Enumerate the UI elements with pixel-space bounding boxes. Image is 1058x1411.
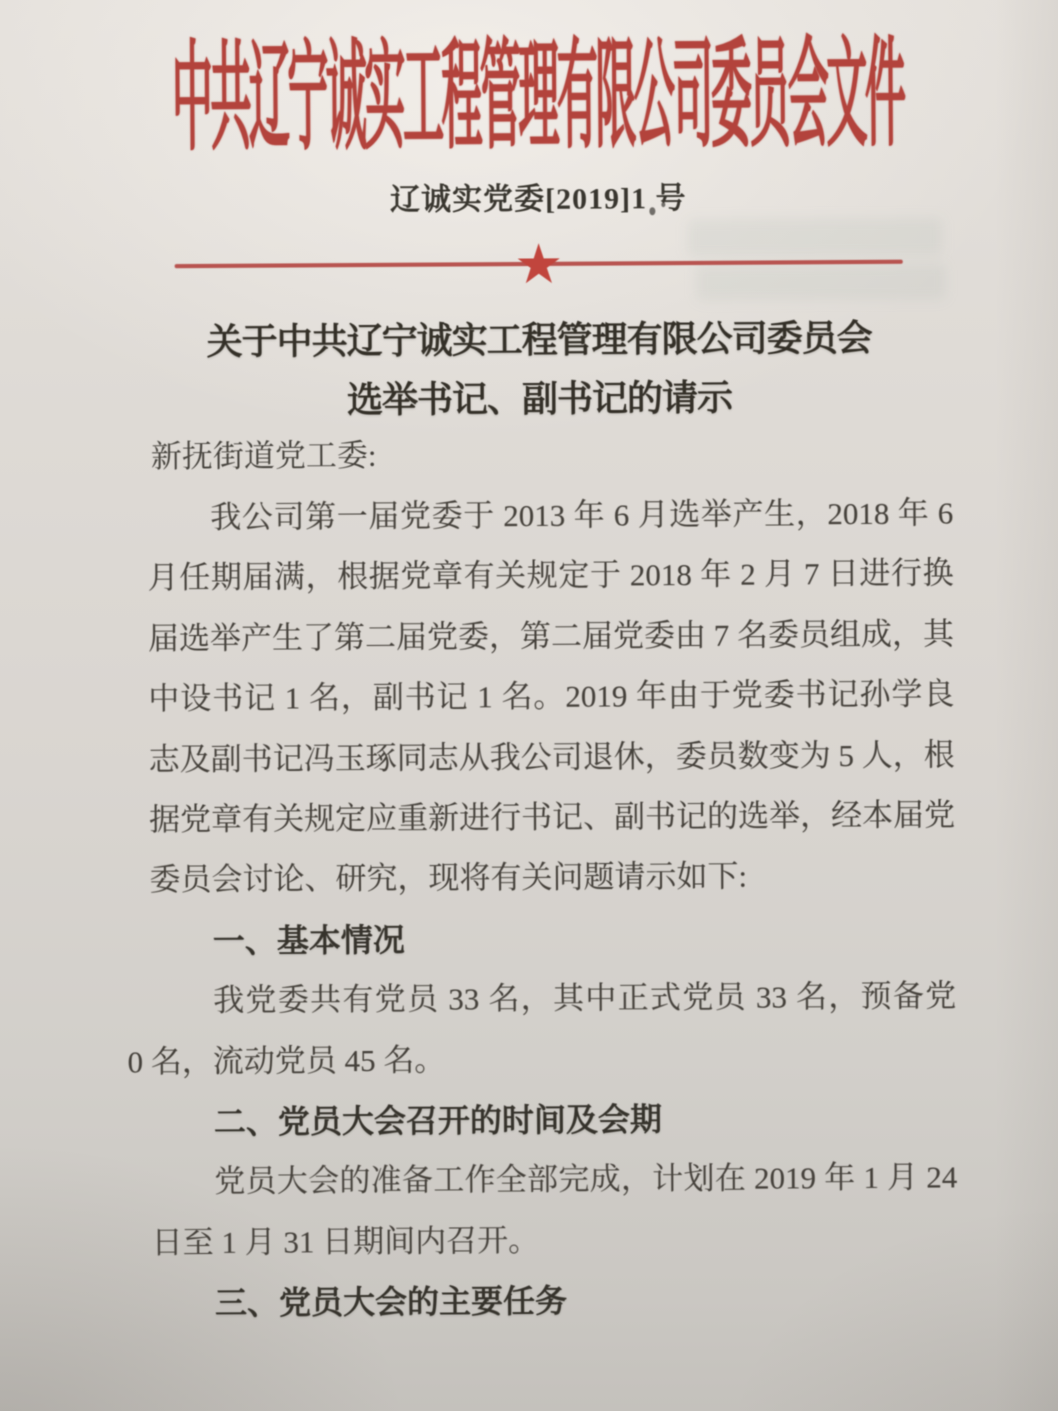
body-line: 0 名，流动党员 45 名。 xyxy=(127,1027,956,1092)
ink-speck xyxy=(649,207,655,215)
doc-number: 辽诚实党委[2019]1 号 xyxy=(390,182,687,217)
document-page: 中共辽宁诚实工程管理有限公司委员会文件 辽诚实党委[2019]1 号 ★ 关于中… xyxy=(0,0,1058,1411)
addressee: 新抚街道党工委: xyxy=(151,437,377,476)
body-line: 日至 1 月 31 日期间内召开。 xyxy=(151,1208,957,1273)
body-line: 我党委共有党员 33 名，其中正式党员 33 名，预备党员 xyxy=(150,967,956,1032)
document-title-line-2: 选举书记、副书记的请示 xyxy=(347,376,732,422)
body-line: 据党章有关规定应重新进行书记、副书记的选举，经本届党 xyxy=(149,785,955,850)
body-line: 月任期届满，根据党章有关规定于 2018 年 2 月 7 日进行换 xyxy=(147,544,953,609)
body-line: 我公司第一届党委于 2013 年 6 月选举产生，2018 年 6 xyxy=(147,483,953,548)
body-line: 党员大会的准备工作全部完成，计划在 2019 年 1 月 24 xyxy=(151,1148,957,1213)
section-heading-3: 三、党员大会的主要任务 xyxy=(152,1268,958,1333)
body-line: 志及副书记冯玉琢同志从我公司退休，委员数变为 5 人，根 xyxy=(149,725,955,790)
ink-speck xyxy=(661,202,665,207)
document-photo: 中共辽宁诚实工程管理有限公司委员会文件 辽诚实党委[2019]1 号 ★ 关于中… xyxy=(0,0,1058,1411)
body-line: 中设书记 1 名，副书记 1 名。2019 年由于党委书记孙学良同 xyxy=(148,665,954,730)
bleed-through-smudge xyxy=(696,263,946,301)
section-heading-2: 二、党员大会召开的时间及会期 xyxy=(151,1087,957,1152)
document-header-title: 中共辽宁诚实工程管理有限公司委员会文件 xyxy=(172,36,904,159)
body-line: 届选举产生了第二届党委，第二届党委由 7 名委员组成，其 xyxy=(148,604,954,669)
section-heading-1: 一、基本情况 xyxy=(150,906,956,971)
red-star-icon: ★ xyxy=(510,234,568,294)
document-title-line-1: 关于中共辽宁诚实工程管理有限公司委员会 xyxy=(207,316,872,363)
bleed-through-smudge xyxy=(687,217,942,257)
document-body: 我公司第一届党委于 2013 年 6 月选举产生，2018 年 6 月任期届满，… xyxy=(147,483,958,1333)
body-line: 委员会讨论、研究，现将有关问题请示如下: xyxy=(149,846,955,911)
